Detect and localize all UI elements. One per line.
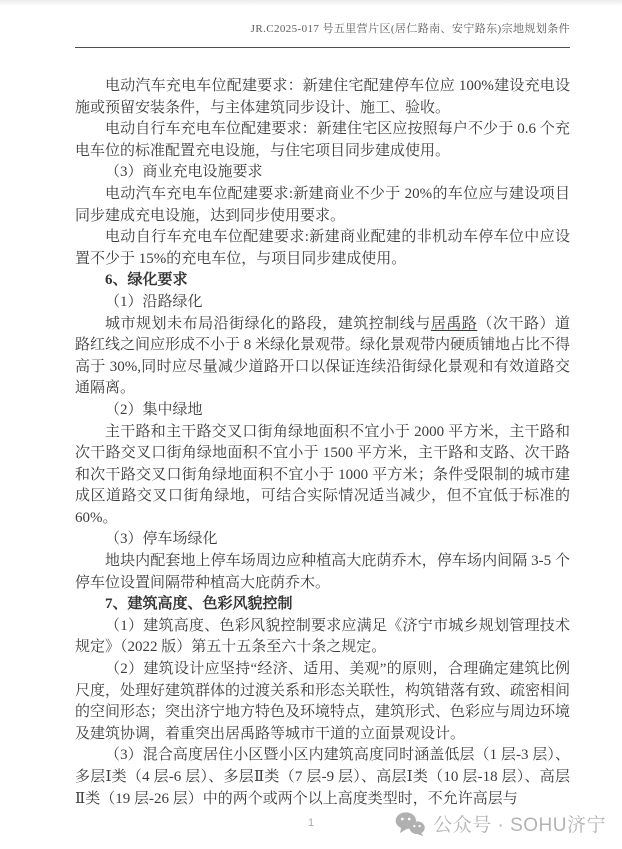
paragraph-ev-charging-residential: 电动汽车充电车位配建要求：新建住宅配建停车位应 100%建设充电设施或预留安装条… bbox=[75, 76, 570, 119]
subheading-commercial-charging: （3）商业充电设施要求 bbox=[75, 162, 570, 184]
header-divider bbox=[75, 47, 570, 48]
paragraph-text-pre: 城市规划未布局沿街绿化的路段，建筑控制线与 bbox=[105, 316, 431, 332]
page-header: JR.C2025-017 号五里营片区(居仁路南、安宁路东)宗地规划条件 bbox=[75, 20, 570, 36]
subheading-roadside-greening: （1）沿路绿化 bbox=[75, 292, 570, 314]
subheading-parking-greening: （3）停车场绿化 bbox=[75, 529, 570, 551]
wechat-icon bbox=[395, 811, 425, 837]
underlined-road-name: 居禹路 bbox=[431, 316, 478, 332]
document-reference: JR.C2025-017 号五里营片区(居仁路南、安宁路东)宗地规划条件 bbox=[251, 23, 570, 35]
paragraph-ebike-charging-residential: 电动自行车充电车位配建要求：新建住宅区应按照每户不少于 0.6 个充电车位的标准… bbox=[75, 119, 570, 162]
paragraph-concentrated-greenspace: 主干路和主干路交叉口街角绿地面积不宜小于 2000 平方米，主干路和次干路交叉口… bbox=[75, 422, 570, 530]
paragraph-roadside-greening: 城市规划未布局沿街绿化的路段，建筑控制线与居禹路（次干路）道路红线之间应形成不小… bbox=[75, 314, 570, 400]
document-body: 电动汽车充电车位配建要求：新建住宅配建停车位应 100%建设充电设施或预留安装条… bbox=[75, 76, 570, 810]
paragraph-parking-greening: 地块内配套地上停车场周边应种植高大庇荫乔木，停车场内间隔 3-5 个停车位设置间… bbox=[75, 551, 570, 594]
watermark: 公众号 · SOHU济宁 bbox=[395, 810, 606, 837]
scan-edge-artifact bbox=[0, 0, 622, 6]
document-page: JR.C2025-017 号五里营片区(居仁路南、安宁路东)宗地规划条件 电动汽… bbox=[0, 0, 622, 849]
paragraph-architectural-design: （2）建筑设计应坚持“经济、适用、美观”的原则，合理确定建筑比例尺度，处理好建筑… bbox=[75, 659, 570, 745]
heading-greening-requirements: 6、绿化要求 bbox=[75, 270, 570, 292]
heading-building-height-color: 7、建筑高度、色彩风貌控制 bbox=[75, 594, 570, 616]
watermark-text: 公众号 · SOHU济宁 bbox=[433, 810, 606, 837]
paragraph-ebike-charging-commercial: 电动自行车充电车位配建要求:新建商业配建的非机动车停车位中应设置不少于 15%的… bbox=[75, 227, 570, 270]
subheading-concentrated-greenspace: （2）集中绿地 bbox=[75, 400, 570, 422]
paragraph-ev-charging-commercial: 电动汽车充电车位配建要求:新建商业不少于 20%的车位应与建设项目同步建成充电设… bbox=[75, 184, 570, 227]
paragraph-height-color-regulation: （1）建筑高度、色彩风貌控制要求应满足《济宁市城乡规划管理技术规定》（2022 … bbox=[75, 616, 570, 659]
paragraph-mixed-height-community: （3）混合高度居住小区暨小区内建筑高度同时涵盖低层（1 层-3 层）、多层Ⅰ类（… bbox=[75, 745, 570, 810]
